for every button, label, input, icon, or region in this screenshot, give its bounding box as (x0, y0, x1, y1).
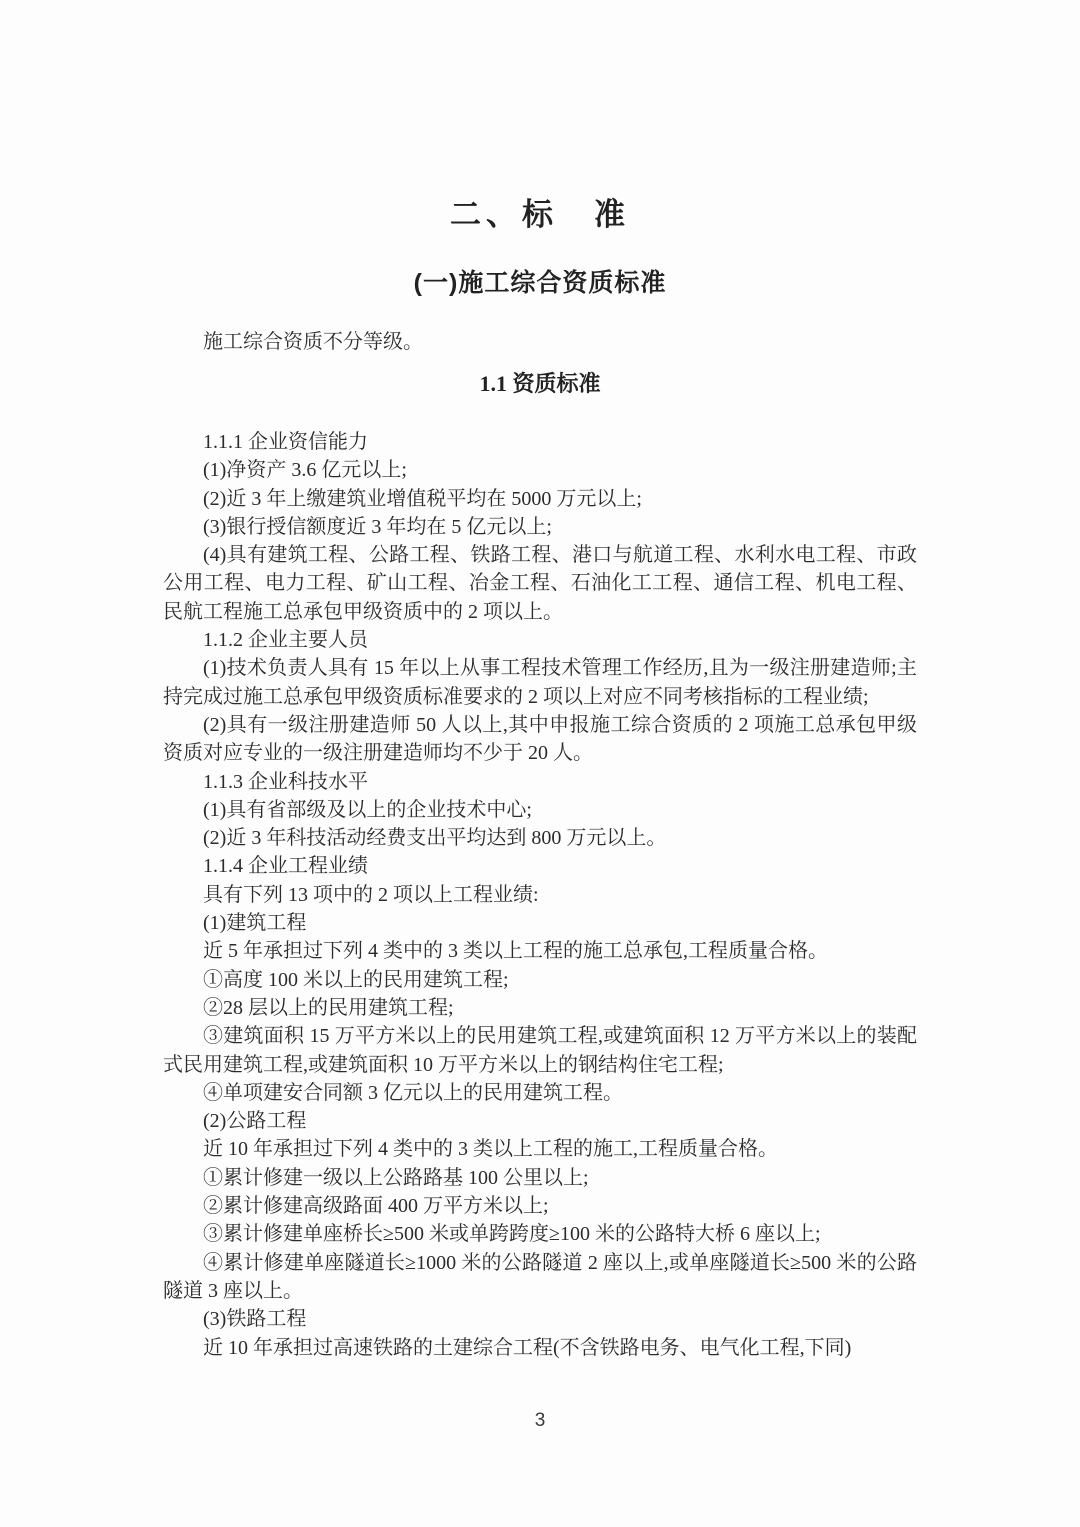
section-heading: 1.1 资质标准 (163, 370, 917, 398)
body-paragraph: 1.1.3 企业科技水平 (163, 768, 917, 796)
body-paragraph: 1.1.2 企业主要人员 (163, 626, 917, 654)
body-paragraph: (2)公路工程 (163, 1107, 917, 1135)
body-paragraph: ①累计修建一级以上公路路基 100 公里以上; (163, 1164, 917, 1192)
body-paragraph: (3)铁路工程 (163, 1305, 917, 1333)
body-paragraph: 近 10 年承担过高速铁路的土建综合工程(不含铁路电务、电气化工程,下同) (163, 1334, 917, 1362)
document-subtitle: (一)施工综合资质标准 (163, 267, 917, 299)
body-paragraphs: 1.1.1 企业资信能力 (1)净资产 3.6 亿元以上; (2)近 3 年上缴… (163, 428, 917, 1362)
body-paragraph: (1)建筑工程 (163, 909, 917, 937)
body-paragraph: (1)净资产 3.6 亿元以上; (163, 456, 917, 484)
intro-paragraph: 施工综合资质不分等级。 (163, 328, 917, 356)
body-paragraph: ②28 层以上的民用建筑工程; (163, 994, 917, 1022)
page-number: 3 (0, 1410, 1080, 1432)
document-title: 二、标 准 (163, 197, 917, 233)
body-paragraph: ④单项建安合同额 3 亿元以上的民用建筑工程。 (163, 1079, 917, 1107)
body-paragraph: 1.1.1 企业资信能力 (163, 428, 917, 456)
body-paragraph: (2)近 3 年上缴建筑业增值税平均在 5000 万元以上; (163, 485, 917, 513)
body-paragraph: (4)具有建筑工程、公路工程、铁路工程、港口与航道工程、水利水电工程、市政公用工… (163, 541, 917, 626)
body-paragraph: (1)技术负责人具有 15 年以上从事工程技术管理工作经历,且为一级注册建造师;… (163, 654, 917, 711)
body-paragraph: ②累计修建高级路面 400 万平方米以上; (163, 1192, 917, 1220)
body-paragraph: (3)银行授信额度近 3 年均在 5 亿元以上; (163, 513, 917, 541)
body-paragraph: 具有下列 13 项中的 2 项以上工程业绩: (163, 881, 917, 909)
body-paragraph: ③建筑面积 15 万平方米以上的民用建筑工程,或建筑面积 12 万平方米以上的装… (163, 1022, 917, 1079)
body-paragraph: ③累计修建单座桥长≥500 米或单跨跨度≥100 米的公路特大桥 6 座以上; (163, 1220, 917, 1248)
body-paragraph: (2)具有一级注册建造师 50 人以上,其中申报施工综合资质的 2 项施工总承包… (163, 711, 917, 768)
body-paragraph: (1)具有省部级及以上的企业技术中心; (163, 796, 917, 824)
body-paragraph: ①高度 100 米以上的民用建筑工程; (163, 966, 917, 994)
body-paragraph: 近 10 年承担过下列 4 类中的 3 类以上工程的施工,工程质量合格。 (163, 1135, 917, 1163)
body-paragraph: 近 5 年承担过下列 4 类中的 3 类以上工程的施工总承包,工程质量合格。 (163, 937, 917, 965)
body-paragraph: 1.1.4 企业工程业绩 (163, 852, 917, 880)
body-paragraph: (2)近 3 年科技活动经费支出平均达到 800 万元以上。 (163, 824, 917, 852)
body-paragraph: ④累计修建单座隧道长≥1000 米的公路隧道 2 座以上,或单座隧道长≥500 … (163, 1249, 917, 1306)
document-page: 二、标 准 (一)施工综合资质标准 施工综合资质不分等级。 1.1 资质标准 1… (0, 0, 1080, 1527)
